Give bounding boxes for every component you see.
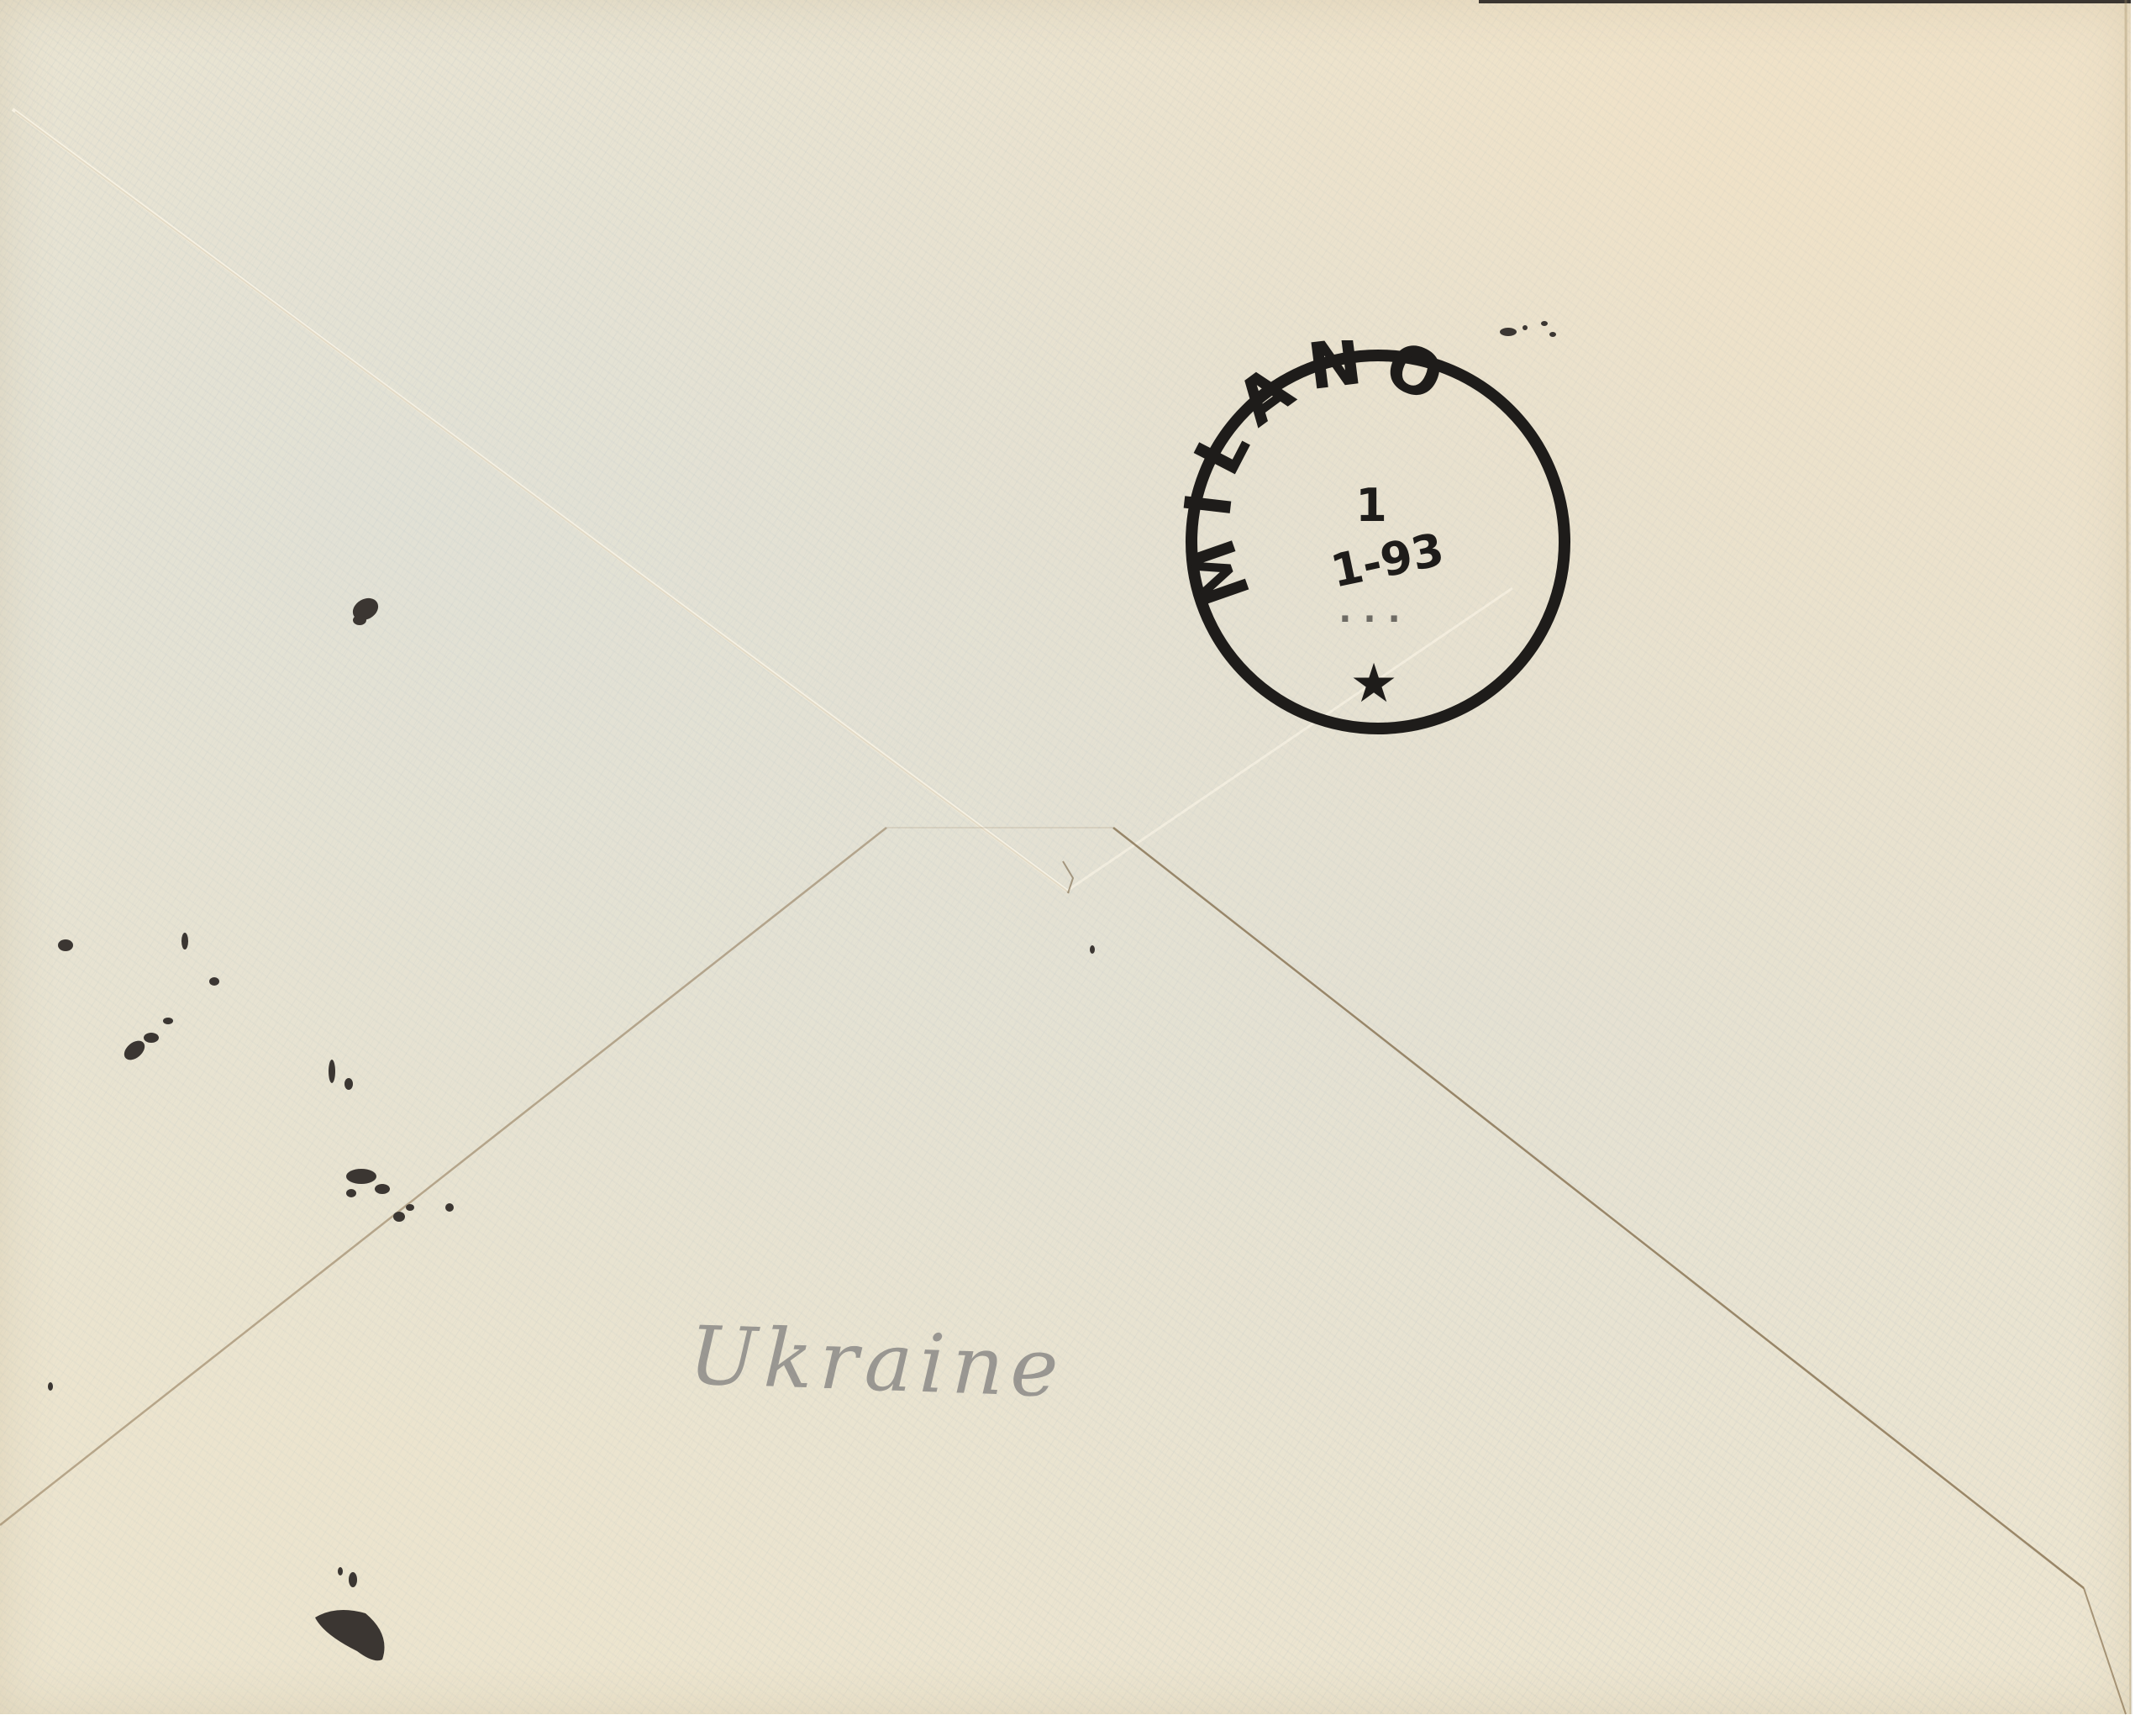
postmark-milano: MILANO 1 1-93 · · · ★ (1176, 340, 1580, 744)
postmark-date: 1-93 (1327, 523, 1449, 598)
pencil-inscription: Ukraine (687, 1308, 1066, 1416)
postmark-day: 1 (1355, 479, 1387, 532)
flap-edge-right (1113, 828, 2084, 1588)
star-icon: ★ (1349, 653, 1397, 715)
envelope-fold-lines (0, 0, 2151, 1736)
flap-edge-left (0, 828, 886, 1525)
postmark-lower-marks: · · · (1338, 600, 1400, 639)
